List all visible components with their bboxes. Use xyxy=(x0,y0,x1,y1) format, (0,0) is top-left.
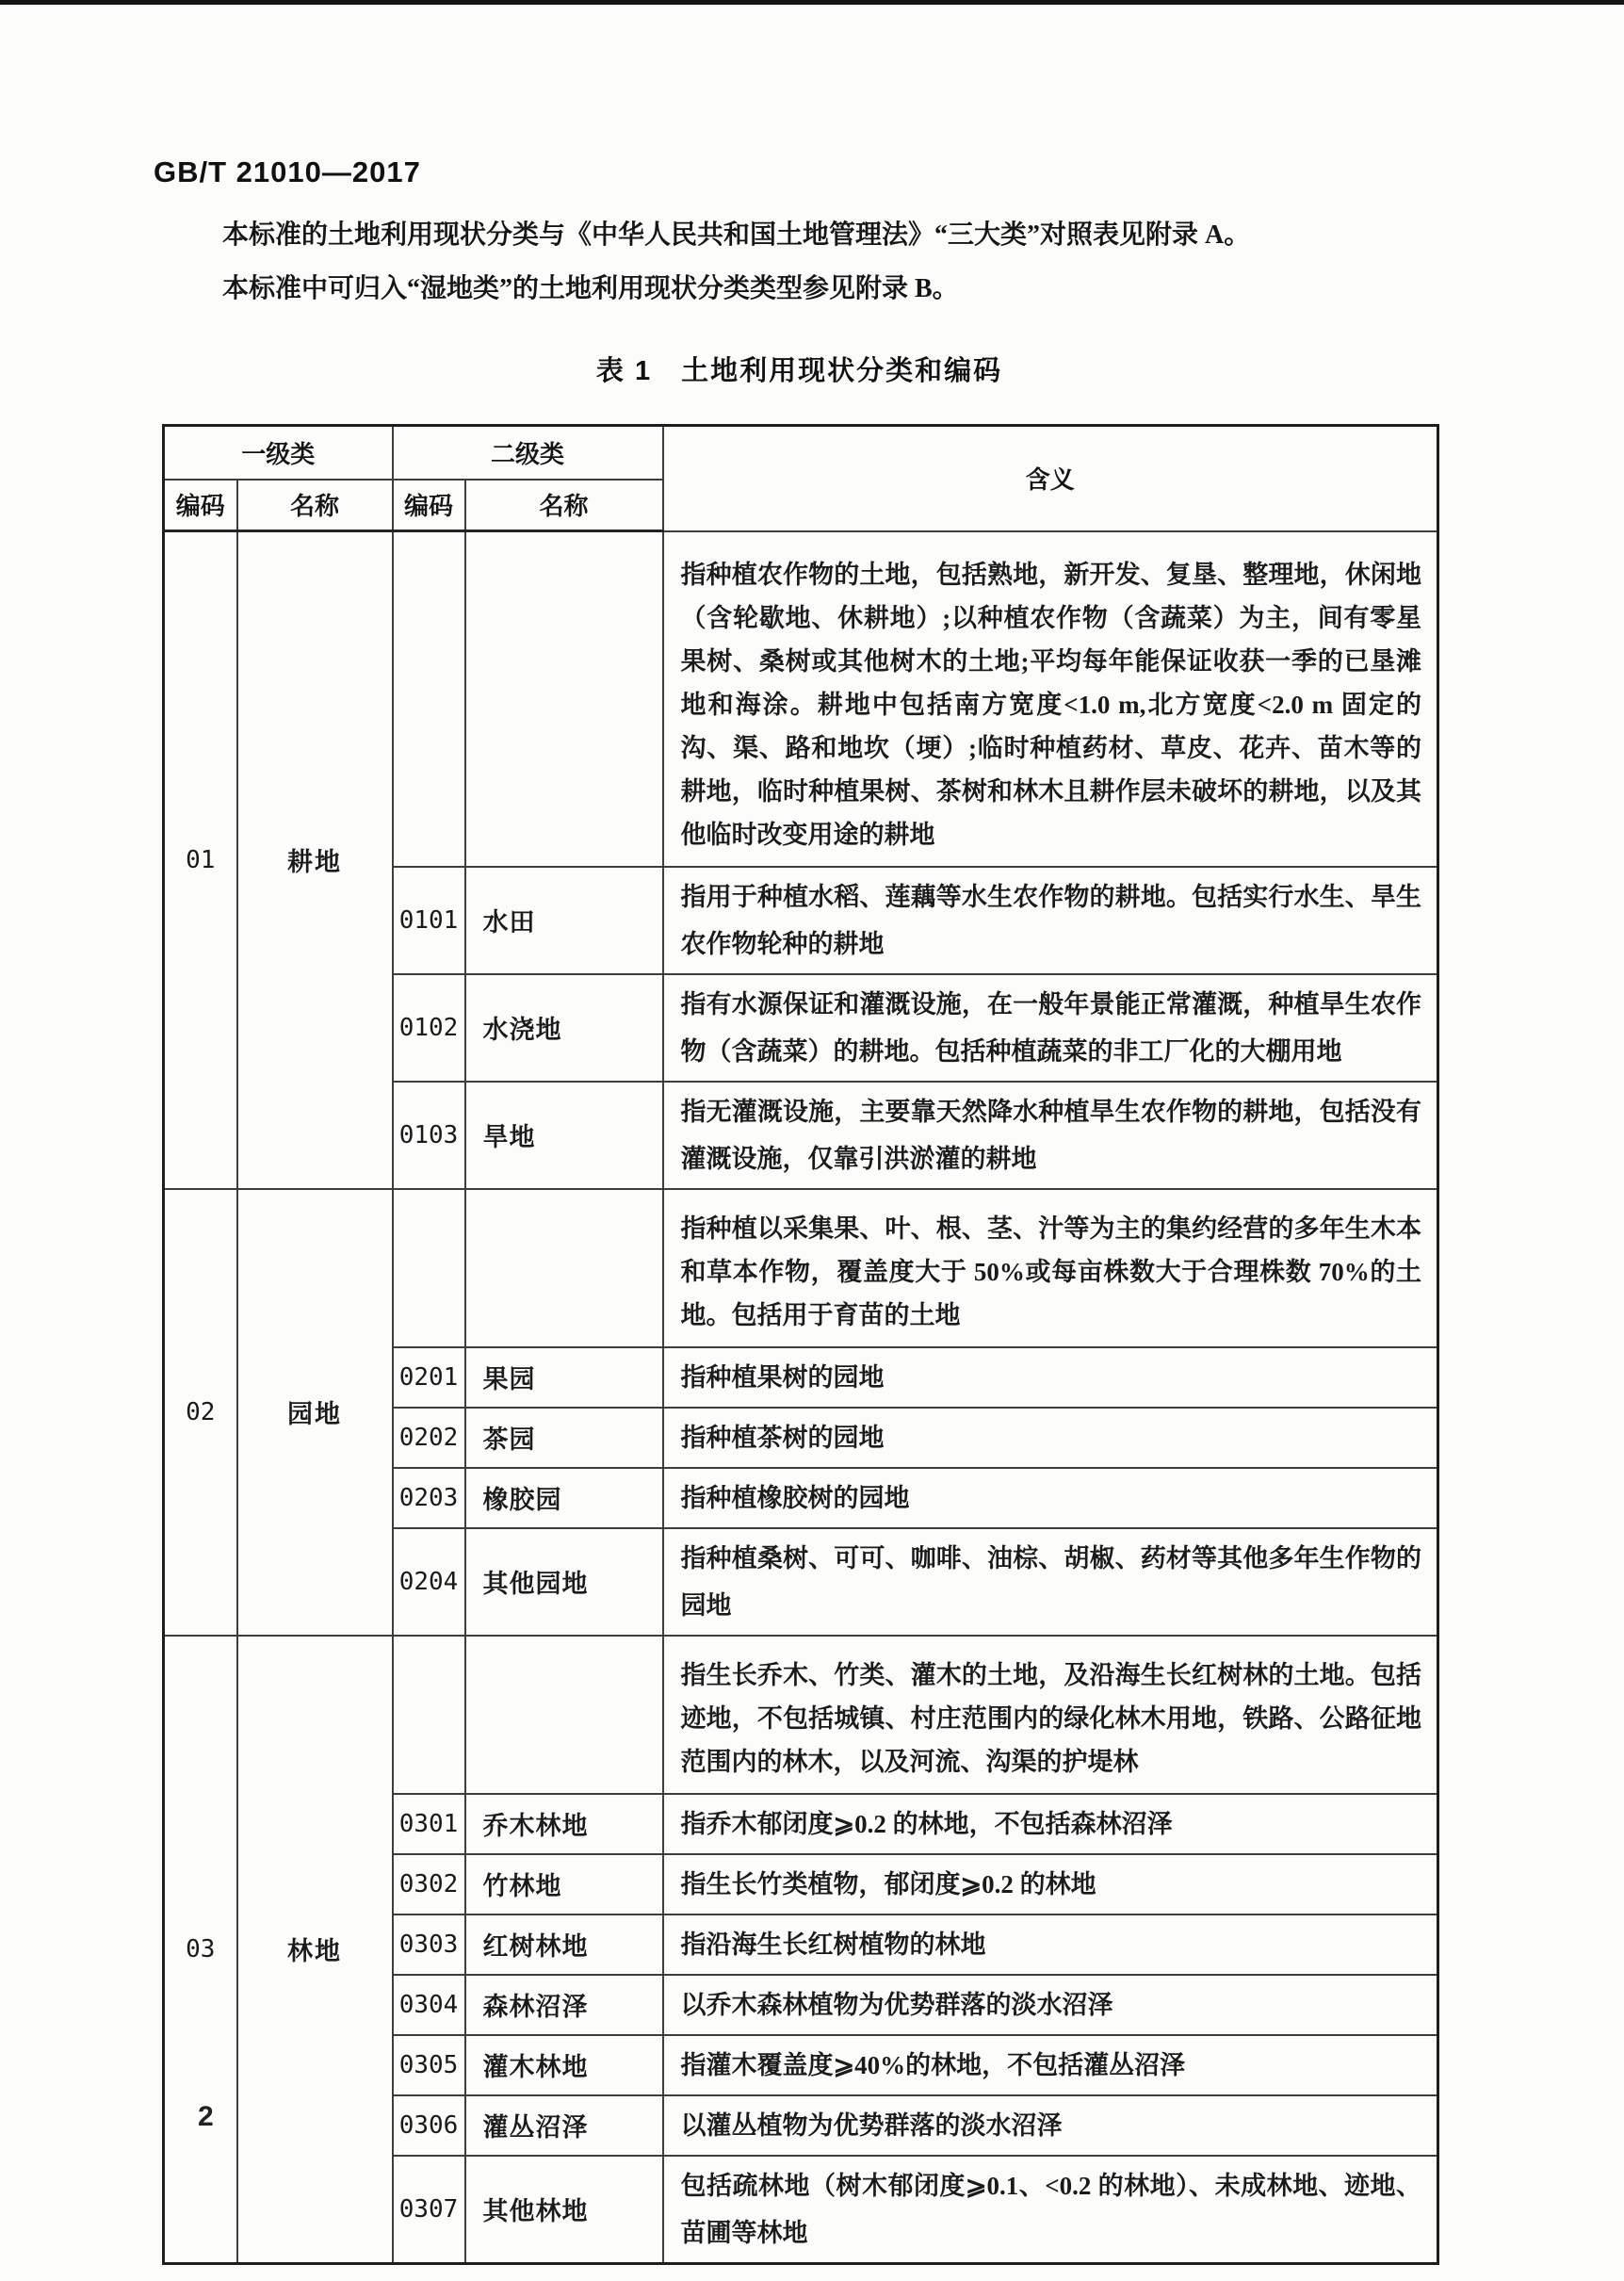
header-level2: 二级类 xyxy=(393,426,663,480)
sub-name-cell: 其他林地 xyxy=(465,2156,663,2264)
sub-meaning-cell: 指无灌溉设施，主要靠天然降水种植旱生农作物的耕地，包括没有灌溉设施，仅靠引洪淤灌… xyxy=(663,1082,1438,1189)
sub-code-cell: 0202 xyxy=(393,1408,465,1468)
sub-code-cell: 0103 xyxy=(393,1082,465,1189)
scan-edge-artifact xyxy=(0,0,1624,5)
standard-code: GB/T 21010—2017 xyxy=(154,155,421,189)
sub-code-cell: 0303 xyxy=(393,1914,465,1975)
sub-name-cell: 竹林地 xyxy=(465,1854,663,1914)
sub-meaning-cell: 指种植茶树的园地 xyxy=(663,1408,1438,1468)
intro-paragraphs: 本标准的土地利用现状分类与《中华人民共和国土地管理法》“三大类”对照表见附录 A… xyxy=(170,208,1432,316)
sub-name-cell: 果园 xyxy=(465,1347,663,1408)
sub-code-cell: 0302 xyxy=(393,1854,465,1914)
sub-name-cell: 乔木林地 xyxy=(465,1794,663,1854)
header-meaning: 含义 xyxy=(663,426,1438,531)
l1-name-cell: 园地 xyxy=(237,1189,393,1636)
section-definition-cell: 指种植以采集果、叶、根、茎、汁等为主的集约经营的多年生木本和草本作物，覆盖度大于… xyxy=(663,1189,1438,1347)
sub-name-cell: 森林沼泽 xyxy=(465,1975,663,2035)
empty-cell xyxy=(393,531,465,867)
table-row: 02 园地 指种植以采集果、叶、根、茎、汁等为主的集约经营的多年生木本和草本作物… xyxy=(164,1189,1438,1347)
sub-code-cell: 0102 xyxy=(393,974,465,1082)
empty-cell xyxy=(465,531,663,867)
sub-code-cell: 0304 xyxy=(393,1975,465,2035)
table-row: 03 林地 指生长乔木、竹类、灌木的土地，及沿海生长红树林的土地。包括迹地，不包… xyxy=(164,1636,1438,1794)
sub-code-cell: 0307 xyxy=(393,2156,465,2264)
l1-code-cell: 01 xyxy=(164,531,237,1189)
l1-code-cell: 02 xyxy=(164,1189,237,1636)
section-definition-cell: 指生长乔木、竹类、灌木的土地，及沿海生长红树林的土地。包括迹地，不包括城镇、村庄… xyxy=(663,1636,1438,1794)
sub-code-cell: 0101 xyxy=(393,867,465,974)
sub-meaning-cell: 指种植橡胶树的园地 xyxy=(663,1468,1438,1528)
sub-name-cell: 旱地 xyxy=(465,1082,663,1189)
table-caption: 表 1 土地利用现状分类和编码 xyxy=(162,350,1437,388)
sub-name-cell: 茶园 xyxy=(465,1408,663,1468)
table-row: 01 耕地 指种植农作物的土地，包括熟地，新开发、复垦、整理地，休闲地（含轮歇地… xyxy=(164,531,1438,867)
sub-meaning-cell: 指生长竹类植物，郁闭度⩾0.2 的林地 xyxy=(663,1854,1438,1914)
header-level2-name: 名称 xyxy=(465,480,663,531)
sub-name-cell: 灌木林地 xyxy=(465,2035,663,2095)
sub-meaning-cell: 以乔木森林植物为优势群落的淡水沼泽 xyxy=(663,1975,1438,2035)
sub-name-cell: 水浇地 xyxy=(465,974,663,1082)
header-level1: 一级类 xyxy=(164,426,393,480)
intro-paragraph: 本标准中可归入“湿地类”的土地利用现状分类类型参见附录 B。 xyxy=(170,262,1432,316)
sub-name-cell: 水田 xyxy=(465,867,663,974)
sub-meaning-cell: 指种植桑树、可可、咖啡、油棕、胡椒、药材等其他多年生作物的园地 xyxy=(663,1528,1438,1636)
sub-meaning-cell: 指种植果树的园地 xyxy=(663,1347,1438,1408)
empty-cell xyxy=(393,1189,465,1347)
sub-code-cell: 0305 xyxy=(393,2035,465,2095)
sub-name-cell: 红树林地 xyxy=(465,1914,663,1975)
header-row-groups: 一级类 二级类 含义 xyxy=(164,426,1438,480)
section-definition-cell: 指种植农作物的土地，包括熟地，新开发、复垦、整理地，休闲地（含轮歇地、休耕地）;… xyxy=(663,531,1438,867)
sub-meaning-cell: 以灌丛植物为优势群落的淡水沼泽 xyxy=(663,2095,1438,2156)
sub-code-cell: 0306 xyxy=(393,2095,465,2156)
empty-cell xyxy=(393,1636,465,1794)
sub-meaning-cell: 包括疏林地（树木郁闭度⩾0.1、<0.2 的林地）、未成林地、迹地、苗圃等林地 xyxy=(663,2156,1438,2264)
l1-name-cell: 林地 xyxy=(237,1636,393,2264)
l1-code-cell: 03 xyxy=(164,1636,237,2264)
sub-meaning-cell: 指沿海生长红树植物的林地 xyxy=(663,1914,1438,1975)
sub-meaning-cell: 指乔木郁闭度⩾0.2 的林地，不包括森林沼泽 xyxy=(663,1794,1438,1854)
empty-cell xyxy=(465,1189,663,1347)
sub-meaning-cell: 指有水源保证和灌溉设施，在一般年景能正常灌溉，种植旱生农作物（含蔬菜）的耕地。包… xyxy=(663,974,1438,1082)
sub-code-cell: 0204 xyxy=(393,1528,465,1636)
sub-code-cell: 0203 xyxy=(393,1468,465,1528)
sub-meaning-cell: 指用于种植水稻、莲藕等水生农作物的耕地。包括实行水生、旱生农作物轮种的耕地 xyxy=(663,867,1438,974)
sub-code-cell: 0301 xyxy=(393,1794,465,1854)
sub-code-cell: 0201 xyxy=(393,1347,465,1408)
land-use-classification-table: 一级类 二级类 含义 编码 名称 编码 名称 01 耕地 指种植农作物的土地，包… xyxy=(162,424,1439,2265)
sub-name-cell: 灌丛沼泽 xyxy=(465,2095,663,2156)
sub-name-cell: 其他园地 xyxy=(465,1528,663,1636)
l1-name-cell: 耕地 xyxy=(237,531,393,1189)
sub-name-cell: 橡胶园 xyxy=(465,1468,663,1528)
header-level1-name: 名称 xyxy=(237,480,393,531)
header-level1-code: 编码 xyxy=(164,480,237,531)
empty-cell xyxy=(465,1636,663,1794)
header-level2-code: 编码 xyxy=(393,480,465,531)
intro-paragraph: 本标准的土地利用现状分类与《中华人民共和国土地管理法》“三大类”对照表见附录 A… xyxy=(170,208,1432,262)
sub-meaning-cell: 指灌木覆盖度⩾40%的林地，不包括灌丛沼泽 xyxy=(663,2035,1438,2095)
page-number: 2 xyxy=(198,2101,214,2133)
